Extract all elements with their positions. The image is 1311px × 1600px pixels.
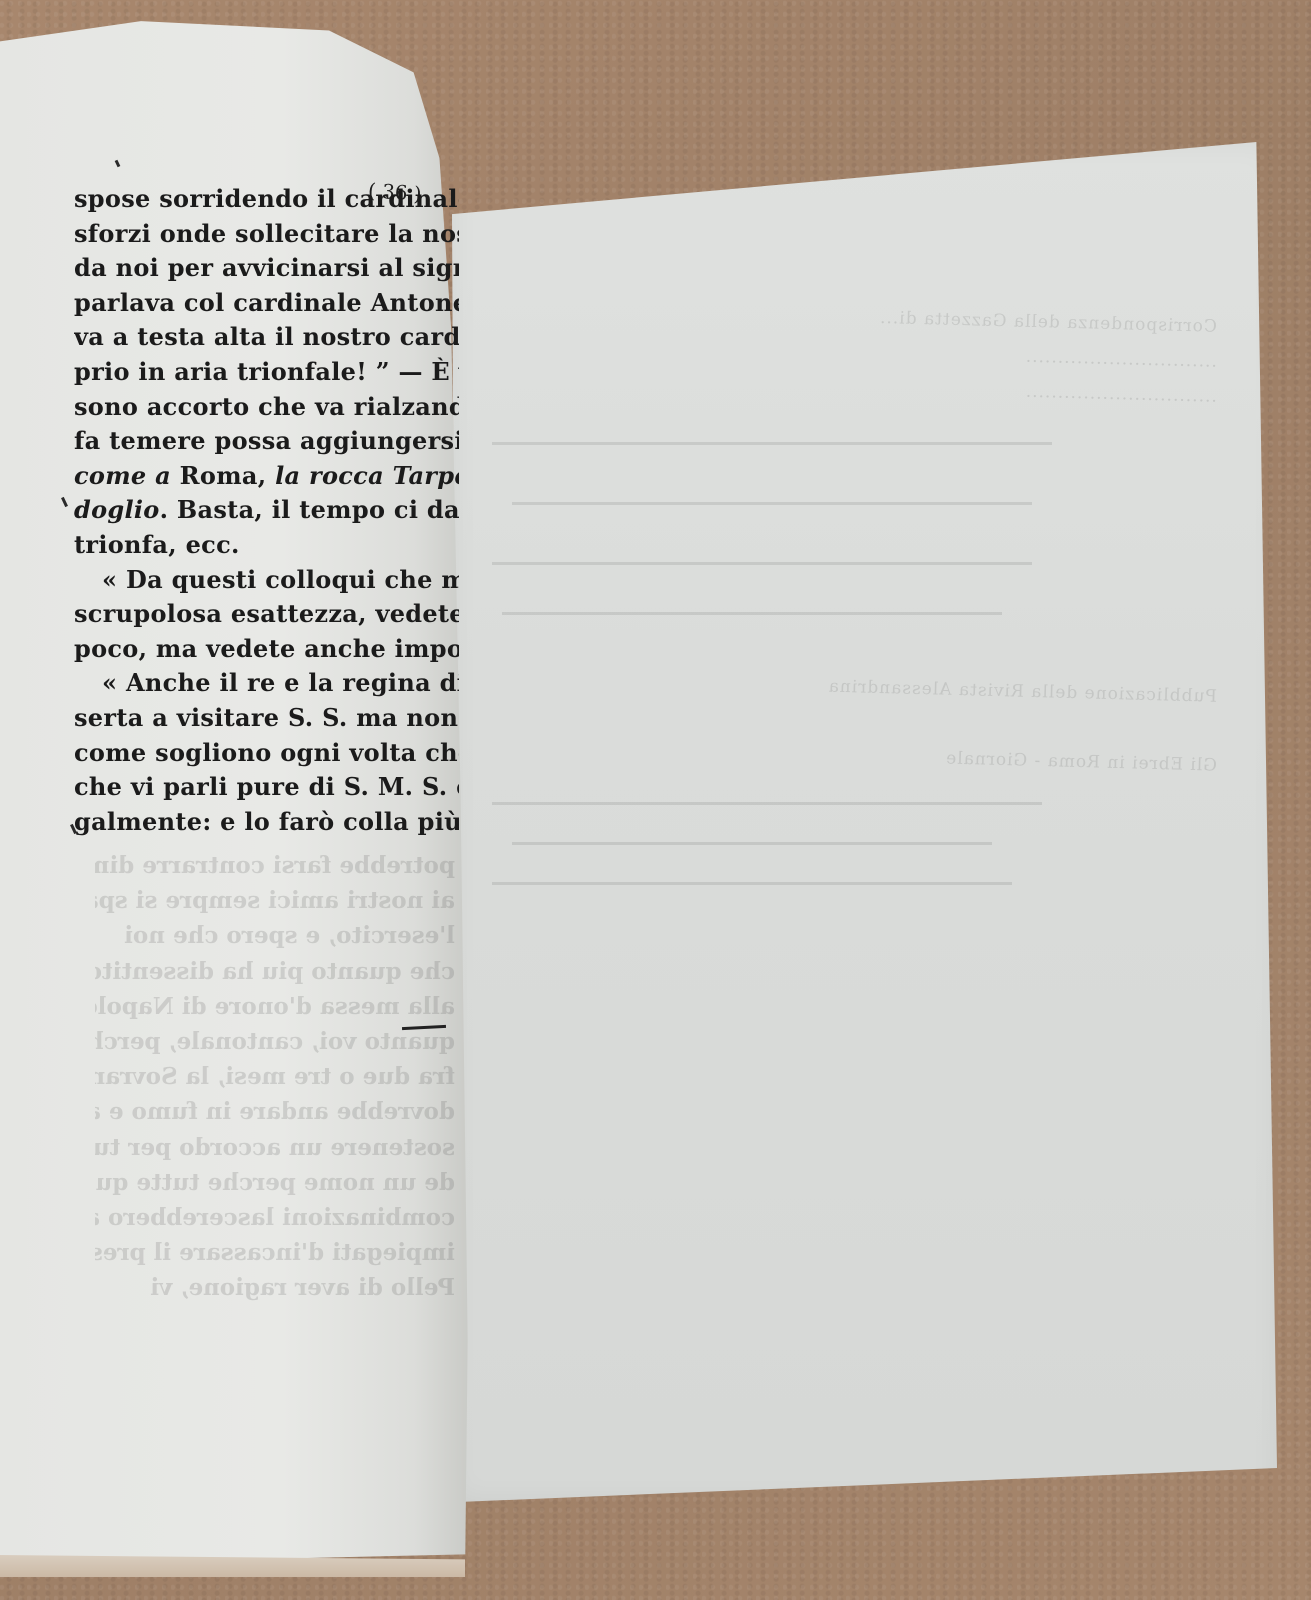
- show-through-line: sostenere un accordo per tu-: [95, 1130, 455, 1165]
- show-through-line: fra due o tre mesi, la Sovrana: [95, 1059, 455, 1094]
- italic-segment-roma: Roma: [180, 461, 258, 490]
- show-through-line: quanto voi, cantonale, perche: [95, 1024, 455, 1059]
- show-through-rule: [502, 612, 1002, 615]
- show-through-rule: [512, 502, 1032, 505]
- text-line: da noi per avvicinarsi al signor Mar: [74, 251, 459, 286]
- text-line: trionfa, ecc.: [74, 528, 459, 563]
- show-through-line: Pello di aver ragione, vi: [95, 1270, 455, 1305]
- show-through-rule: [492, 442, 1052, 445]
- show-through-line: ..............................: [472, 367, 1217, 406]
- italic-segment: come a: [74, 461, 180, 490]
- text-line: come a Roma, la rocca Tarpea non è: [74, 459, 459, 494]
- show-through-line: Corrispondenza della Gazzetta di...: [472, 297, 1217, 336]
- text-line: scrupolosa esattezza, vedete possibile: [74, 597, 459, 632]
- text-line: « Da questi colloqui che mi studi: [74, 563, 459, 598]
- show-through-rule: [492, 802, 1042, 805]
- text-line: come sogliono ogni volta che vengon: [74, 736, 459, 771]
- text-segment: ,: [258, 461, 275, 490]
- show-through-line: ..............................: [472, 332, 1217, 371]
- text-line: spose sorridendo il cardinale, e pe: [74, 182, 459, 217]
- page-body-text: spose sorridendo il cardinale, e pe sfor…: [74, 182, 459, 839]
- text-line: va a testa alta il nostro cardinale, d: [74, 320, 459, 355]
- text-line: sono accorto che va rialzandosi ogni: [74, 390, 459, 425]
- show-through-line: Gli Ebrei in Roma - Giornale: [562, 738, 1217, 775]
- show-through-rule: [492, 882, 1012, 885]
- show-through-line: de un nome perche tutte que-: [95, 1165, 455, 1200]
- show-through-text: potrebbe farsi contrarre dimani... ai no…: [95, 848, 455, 1305]
- text-line: doglio. Basta, il tempo ci darà lez: [74, 493, 459, 528]
- text-segment: fa temere possa aggiungersi: [74, 426, 459, 455]
- show-through-line: potrebbe farsi contrarre dimani...: [95, 848, 455, 883]
- show-through-rule: [512, 842, 992, 845]
- show-through-line: l'esercito, e spero che noi: [95, 918, 455, 953]
- show-through-line: dovrebbe andare in fumo e al-: [95, 1094, 455, 1129]
- text-line: prio in aria trionfale! ” — È vero,: [74, 355, 459, 390]
- text-line: serta a visitare S. S. ma non vi si so: [74, 701, 459, 736]
- page-stack-edge: [0, 1555, 465, 1577]
- show-through-line: combinazioni lascerebbero al: [95, 1200, 455, 1235]
- show-through-line: alla messa d'onore di Napoleone: [95, 989, 455, 1024]
- right-blank-page: Corrispondenza della Gazzetta di... ....…: [452, 142, 1277, 1502]
- text-line: fa temere possa aggiungersi una nuova: [74, 424, 459, 459]
- text-line: parlava col cardinale Antonelli e il cu: [74, 286, 459, 321]
- show-through-line: ai nostri amici sempre si spaven-: [95, 883, 455, 918]
- show-through-line: che quanto piu ha dissentito: [95, 954, 455, 989]
- text-line: sforzi onde sollecitare la nostra parten: [74, 217, 459, 252]
- text-segment: . Basta, il tempo ci darà lez: [160, 495, 459, 524]
- text-line: galmente: e lo farò colla più severa: [74, 805, 459, 840]
- text-line: che vi parli pure di S. M. S. che e: [74, 770, 459, 805]
- italic-segment: la rocca Tarpea non è: [275, 461, 459, 490]
- italic-segment: doglio: [74, 495, 160, 524]
- show-through-line: Pubblicazione della Rivista Alessandrina: [472, 667, 1217, 706]
- text-line: poco, ma vedete anche impossibile pe: [74, 632, 459, 667]
- show-through-line: impiegati d'incassare il prestito.: [95, 1235, 455, 1270]
- text-line: « Anche il re e la regina di Napo: [74, 666, 459, 701]
- show-through-rule: [492, 562, 1032, 565]
